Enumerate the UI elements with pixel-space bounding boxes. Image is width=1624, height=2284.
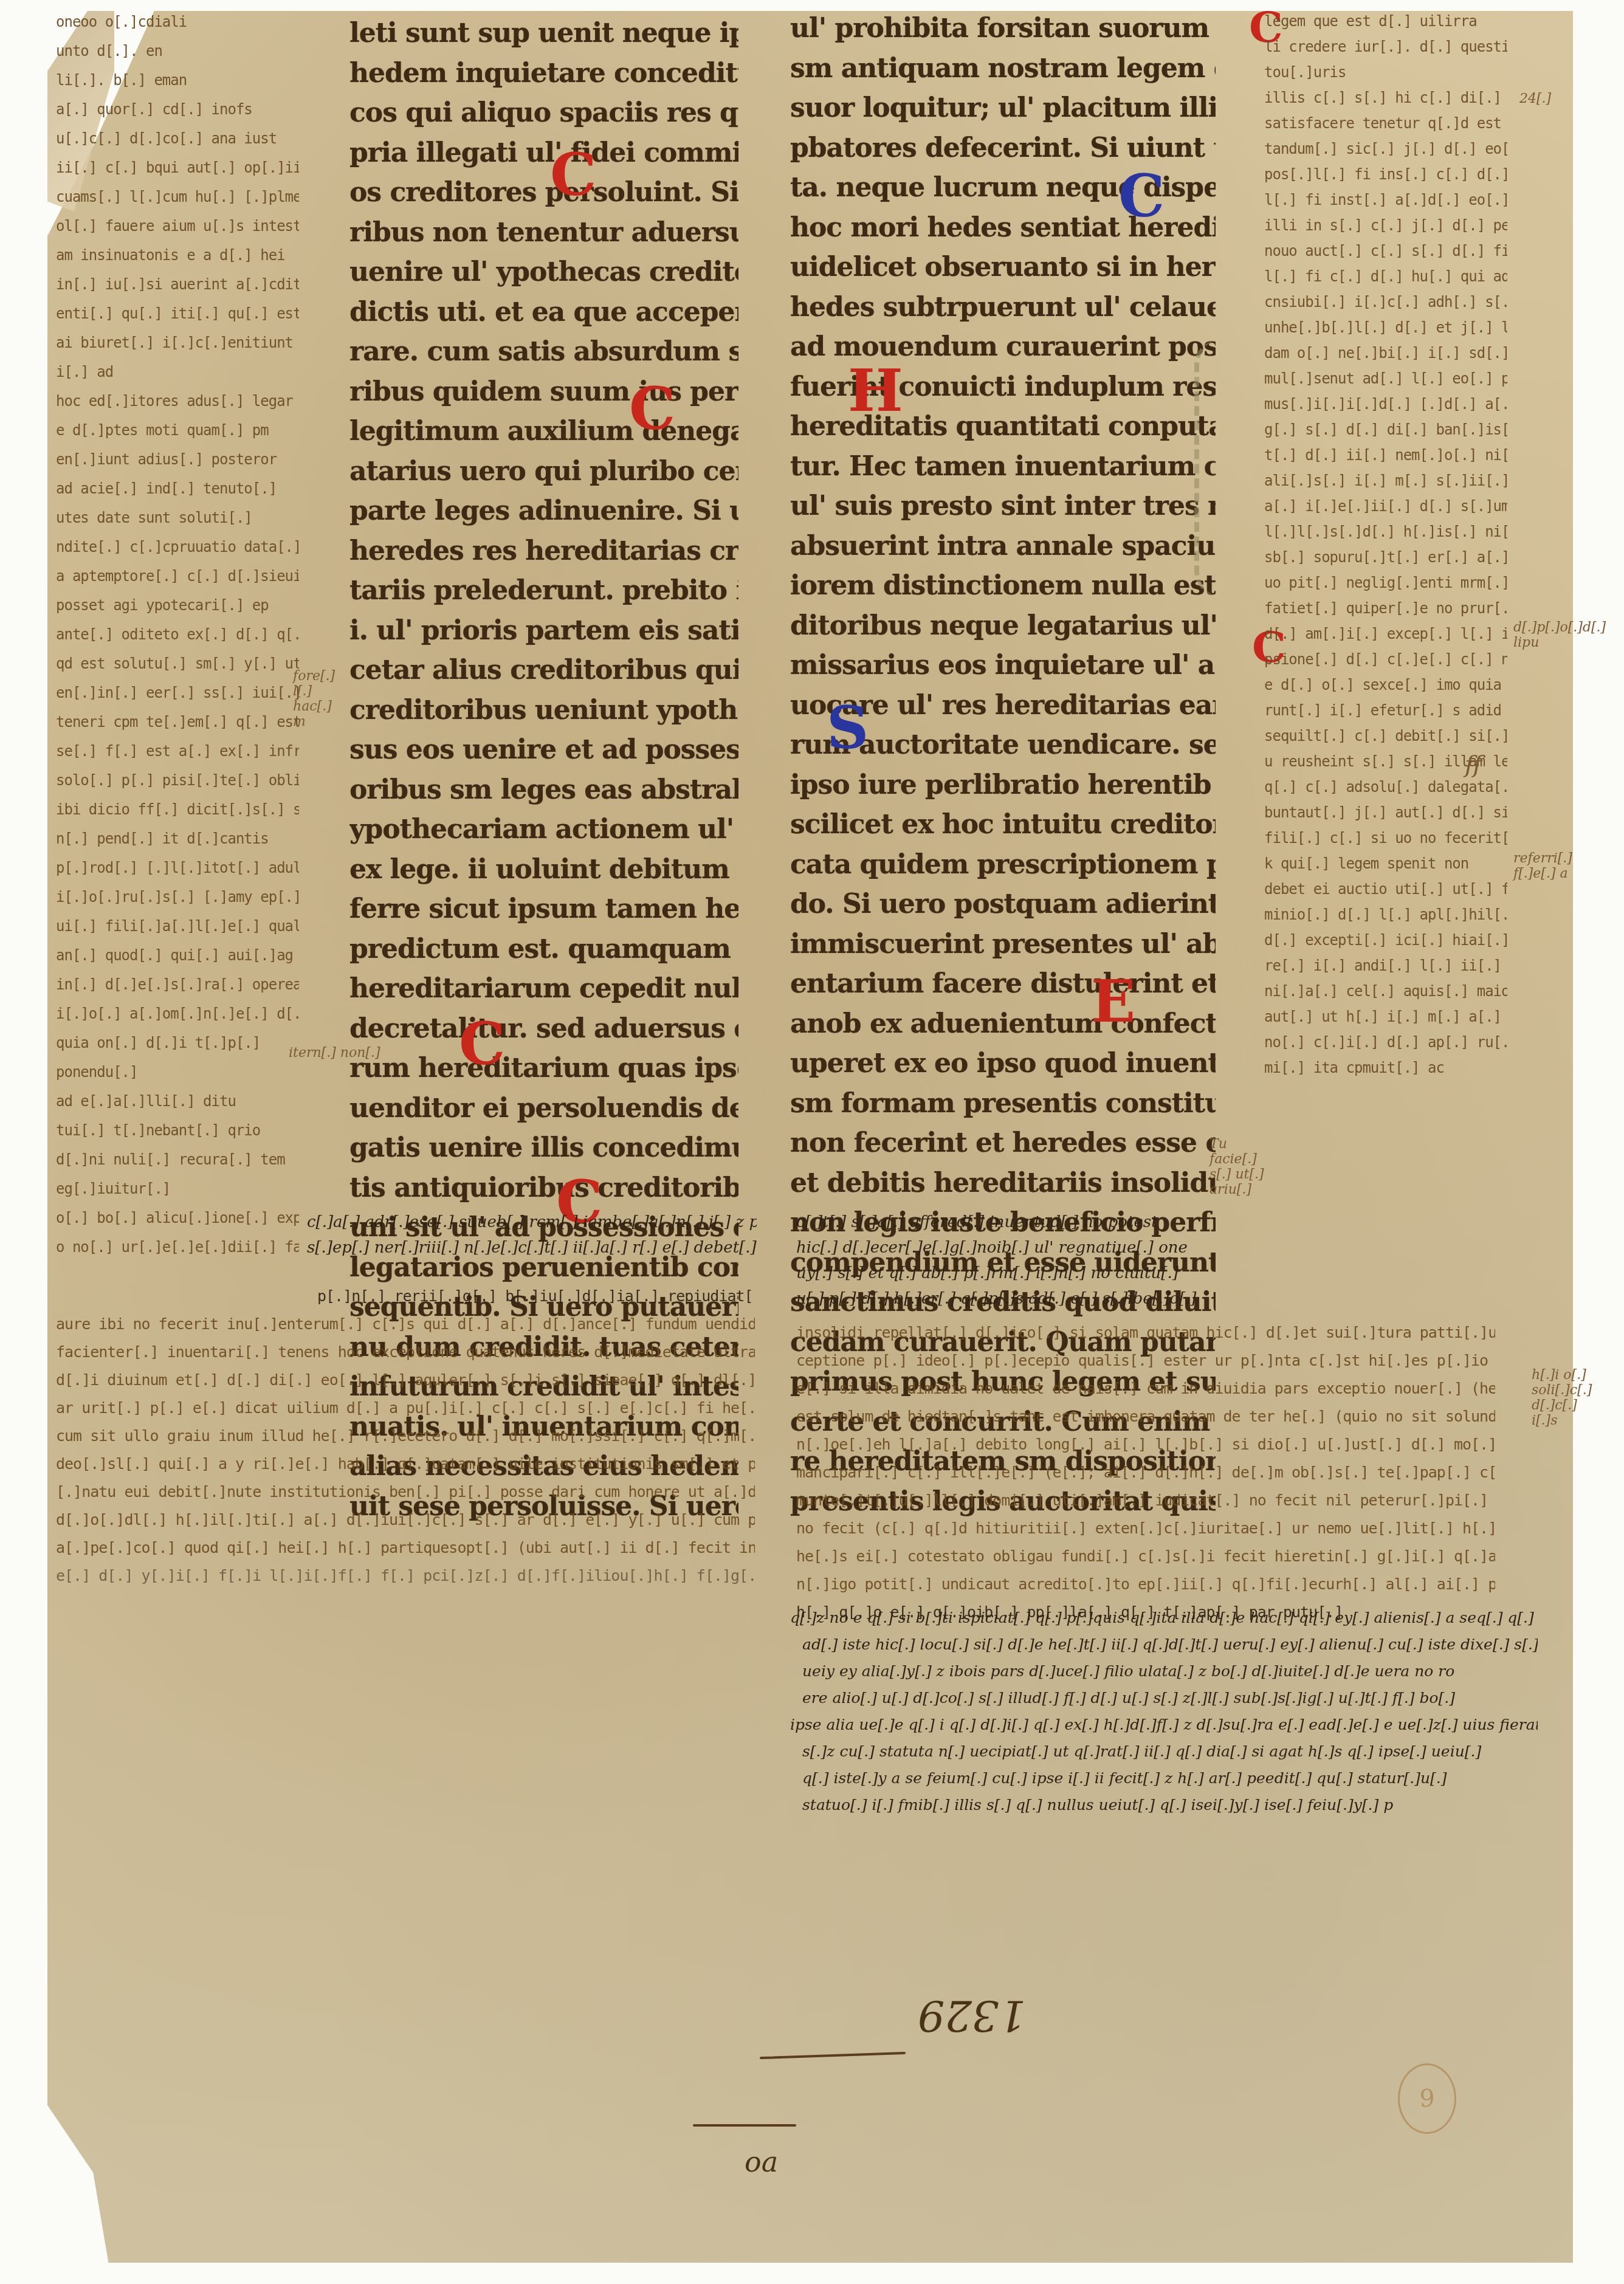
gloss-line: ante[.] oditeto ex[.] d[.] q[.] credir bbox=[56, 620, 299, 649]
gloss-line: debet ei auctio uti[.] ut[.] ff[.] de bbox=[1264, 876, 1507, 902]
text-line: legitimum auxilium denegari. leg bbox=[349, 411, 738, 452]
gloss-line: n[.]igo potit[.] undicaut acredito[.]to … bbox=[796, 1570, 1495, 1598]
gloss-line: en[.]iunt adius[.] posteror bbox=[56, 445, 299, 474]
text-line: cetar alius creditoribus qui erant prioi… bbox=[349, 650, 738, 690]
gloss-line: t[.] d[.] ii[.] nem[.]o[.] ni[.]e[.] gni… bbox=[1264, 442, 1507, 468]
gloss-line: li credere iur[.]. d[.] questi[.] l[.] d… bbox=[1264, 34, 1507, 60]
gloss-line: n[.] pend[.] it d[.]cantis bbox=[56, 824, 299, 853]
text-line: oribus sm leges eas abstrahere ul' p bbox=[349, 770, 738, 810]
gloss-line: fatiet[.] quiper[.]e no prur[.] bbox=[1264, 596, 1507, 621]
gloss-line: ceptione p[.] ideo[.] p[.]ecepio qualis[… bbox=[796, 1347, 1495, 1375]
gloss-line: dam o[.] ne[.]bi[.] i[.] sd[.] ad[.] ar[… bbox=[1264, 340, 1507, 366]
gloss-line: nouo auct[.] c[.] s[.] d[.] fi[.] insti[… bbox=[1264, 238, 1507, 264]
text-line: i. ul' prioris partem eis satis fecerunt bbox=[349, 611, 738, 651]
gloss-line: illis c[.] s[.] hi c[.] di[.] rs d[.] su… bbox=[1264, 85, 1507, 111]
gloss-line: insolidi repellat[.] d[.]ico[.] si solam… bbox=[796, 1319, 1495, 1347]
text-line: non fecerint et heredes esse omnimodo in… bbox=[790, 1123, 1216, 1163]
text-line: cos qui aliquo spaciis res quarum bbox=[349, 93, 738, 133]
signature-mark: oa bbox=[745, 2145, 778, 2178]
gloss-line: cuams[.] l[.]cum hu[.] [.]plme bbox=[56, 182, 299, 212]
gloss-line: sequilt[.] c[.] debit[.] si[.] ac[.] bbox=[1264, 723, 1507, 749]
text-line: rum hereditarium quas ipse uenditor bbox=[349, 1048, 738, 1089]
gloss-line: a[.]pe[.]co[.] quod qi[.] hei[.] h[.] pa… bbox=[56, 1534, 755, 1562]
gloss-line: ui[.] fili[.]a[.]l[.]e[.] qualis bbox=[56, 912, 299, 941]
note-line: s[.]z cu[.] statuta n[.] uecipiat[.] ut … bbox=[790, 1738, 1538, 1765]
text-line: ypothecariam actionem ul' per conditione… bbox=[349, 810, 738, 850]
text-line: predictum est. quamquam tacite rerum bbox=[349, 929, 738, 969]
text-line: leti sunt sup uenit neque ipm i bbox=[349, 13, 738, 53]
gloss-line: aure ibi no fecerit inu[.]enterum[.] c[.… bbox=[56, 1310, 755, 1338]
text-line: gatis uenire illis concedimus cum sa bbox=[349, 1128, 738, 1168]
margin-note: itern[.] non[.] bbox=[289, 1045, 380, 1061]
gloss-line: runt[.] i[.] efetur[.] s adid q[.] d[.] bbox=[1264, 698, 1507, 723]
gloss-line: posset agi ypotecari[.] ep bbox=[56, 591, 299, 620]
bottom-gloss-left: p[.]n[.] rerii[.]g[.] b[.]iu[.]d[.]ia[.]… bbox=[56, 1282, 755, 1590]
text-line: sus eos uenire et ad possessionib credit bbox=[349, 730, 738, 770]
text-line: hedes subtrpuerunt ul' celauerint ul' bbox=[790, 287, 1216, 328]
margin-note: referri[.] f[.]e[.] a bbox=[1513, 851, 1568, 881]
red-initial: H bbox=[848, 362, 903, 420]
margin-note: d[.]p[.]o[.]d[.] lipu bbox=[1513, 620, 1568, 650]
note-line: hic[.] d[.]ecer[.]e[.]g[.]noib[.] ul' re… bbox=[796, 1235, 1222, 1261]
blue-initial: S bbox=[827, 699, 869, 757]
gloss-line: ni[.]a[.] cel[.] aquis[.] maior[.] cm bbox=[1264, 979, 1507, 1004]
gloss-line: enti[.] qu[.] iti[.] qu[.] est solundo bbox=[56, 299, 299, 328]
gloss-line: hoc ed[.]itores adus[.] legar bbox=[56, 387, 299, 416]
gloss-line: k qui[.] legem spenit non bbox=[1264, 851, 1507, 876]
note-line: u[.] p[.] d[.] b[.]er[.] q[.]p[.]s ad[.]… bbox=[796, 1286, 1222, 1312]
gloss-line: i[.]o[.] a[.]om[.]n[.]e[.] d[.]u bbox=[56, 999, 299, 1028]
text-line: pria illegati ul' fidei commissi ul' ali bbox=[349, 133, 738, 173]
gloss-line: ol[.] fauere aium u[.]s intesto bbox=[56, 212, 299, 241]
text-line: anob ex aduenientum confectum esse bbox=[790, 1004, 1216, 1044]
gloss-line: ibi dicio ff[.] dicit[.]s[.] s[.]l[.] si… bbox=[56, 795, 299, 824]
text-line: rare. cum satis absurdum sit creditu bbox=[349, 332, 738, 372]
gloss-line: mancipari[.] c[.] ill[.]e[.] (e[.]; ai[.… bbox=[796, 1459, 1495, 1487]
red-initial: C bbox=[629, 380, 675, 438]
text-line: creditoribus ueniunt ypothecis adu bbox=[349, 690, 738, 731]
gloss-line: [.]natu eui debit[.]nute institutionis b… bbox=[56, 1478, 755, 1506]
margin-note: fore[.] l[.] hac[.] m bbox=[293, 669, 342, 729]
text-line: hedem inquietare conceditur nec bbox=[349, 53, 738, 94]
gloss-line: mi[.] ita cpmuit[.] ac bbox=[1264, 1055, 1507, 1081]
note-line: ipse alia ue[.]e q[.] i q[.] d[.]i[.] q[… bbox=[790, 1711, 1538, 1738]
text-line: scilicet ex hoc intuitu creditoribus her… bbox=[790, 805, 1216, 845]
text-line: os creditores persoluint. Si uero credit… bbox=[349, 173, 738, 213]
right-gloss: legem que est d[.] uilirra li credere iu… bbox=[1264, 9, 1507, 1081]
gloss-line: d[.] excepti[.] ici[.] hiai[.] l[.] i[.]… bbox=[1264, 927, 1507, 953]
gloss-line: unhe[.]b[.]l[.] d[.] et j[.] l[.] a[.] d… bbox=[1264, 315, 1507, 340]
gloss-line: in[.] d[.]e[.]s[.]ra[.] opereat bbox=[56, 970, 299, 999]
text-line: ex lege. ii uoluint debitum eis of bbox=[349, 850, 738, 890]
text-line: iorem distinctionem nulla est licentia n… bbox=[790, 566, 1216, 606]
text-line: immiscuerint presentes ul' absentes inu bbox=[790, 924, 1216, 965]
text-line: tis antiquioribus creditoribus anob puis bbox=[349, 1168, 738, 1208]
gloss-line: tui[.] t[.]nebant[.] qrio bbox=[56, 1116, 299, 1145]
note-line: uy[.] s[.] et q[.] ab[.] p[.]rm[.] i[.]n… bbox=[796, 1261, 1222, 1286]
gloss-line: ar urit[.] p[.] e[.] dicat uilium d[.] a… bbox=[56, 1394, 755, 1422]
text-line: absuerint intra annale spacium sm antr bbox=[790, 526, 1216, 566]
gloss-line: ponendu[.] bbox=[56, 1058, 299, 1087]
gloss-line: se[.] f[.] est a[.] ex[.] infra[.] edi[.… bbox=[56, 737, 299, 766]
gloss-line: p[.]rod[.] [.]l[.]itot[.] adulter[.] bbox=[56, 853, 299, 882]
gloss-line: no fecit (c[.] q[.]d hitiuritii[.] exten… bbox=[796, 1515, 1495, 1543]
gloss-line: e d[.] o[.] sexce[.] imo quia adie bbox=[1264, 672, 1507, 698]
gloss-line: ad acie[.] ind[.] tenuto[.] bbox=[56, 474, 299, 503]
gloss-line: u[.]c[.] d[.]co[.] ana iust bbox=[56, 124, 299, 153]
gloss-line: re[.] i[.] andi[.] l[.] ii[.] j[.] e[.] … bbox=[1264, 953, 1507, 979]
text-line: ribus non tenentur aduersus legatario bbox=[349, 213, 738, 253]
gloss-line: g[.] s[.] d[.] di[.] ban[.]is[.] ul[.] bbox=[1264, 417, 1507, 442]
text-line: ferre sicut ipsum tamen heredem sm quod … bbox=[349, 889, 738, 929]
gloss-line: no[.] c[.]i[.] d[.] ap[.] ru[.] nu[.] s[… bbox=[1264, 1030, 1507, 1055]
gloss-line: a[.] i[.]e[.]ii[.] d[.] s[.]ume[.] ui[.]… bbox=[1264, 494, 1507, 519]
note-line: c[.]t[.] s[.]q[.] gffered[.] inuentud[.]… bbox=[796, 1209, 1222, 1235]
interlinear-note-b: c[.]t[.] s[.]q[.] gffered[.] inuentud[.]… bbox=[796, 1209, 1222, 1312]
text-line: parte leges adinuenire. Si uero bbox=[349, 491, 738, 531]
gloss-line: d[.] am[.]i[.] excep[.] l[.] i[.] inst[.… bbox=[1264, 621, 1507, 647]
red-initial: C bbox=[550, 146, 596, 204]
gloss-line: utes date sunt soluti[.] bbox=[56, 503, 299, 532]
text-line: ditoribus neque legatarius ul' fidei com bbox=[790, 606, 1216, 646]
gloss-line: pos[.]l[.] fi ins[.] c[.] d[.] iur[.] eo… bbox=[1264, 162, 1507, 187]
gloss-line: ndite[.] c[.]cpruuatio data[.] bbox=[56, 532, 299, 562]
gloss-line: solo[.] p[.] pisi[.]te[.] obligat bbox=[56, 766, 299, 795]
gloss-line: a[.] quor[.] cd[.] inofs bbox=[56, 95, 299, 124]
gloss-line: en[.]in[.] eer[.] ss[.] iui[.] nesse[.] bbox=[56, 678, 299, 707]
flourish-stroke bbox=[693, 2124, 796, 2127]
gloss-line: l[.] fi c[.] d[.] hu[.] qui adeo[.] q[.]… bbox=[1264, 264, 1507, 289]
gloss-line: o no[.] ur[.]e[.]e[.]dii[.] fala[.] cum bbox=[56, 1233, 299, 1262]
gloss-line: cum sit ullo graiu inum illud he[.] r[.]… bbox=[56, 1422, 755, 1450]
gloss-line: i[.] ad bbox=[56, 357, 299, 387]
gloss-line: psione[.] d[.] c[.]e[.] c[.] nos sinnt k… bbox=[1264, 647, 1507, 672]
gloss-line: mul[.]senut ad[.] l[.] eo[.] p[.] bbox=[1264, 366, 1507, 391]
gloss-line: buntaut[.] j[.] aut[.] d[.] si ire[.] bbox=[1264, 800, 1507, 825]
text-line: uperet ex eo ipso quod inuentarium bbox=[790, 1044, 1216, 1084]
gloss-line: unto d[.]. en bbox=[56, 36, 299, 66]
gloss-line: qd est solutu[.] sm[.] y[.] ut bbox=[56, 649, 299, 678]
gloss-line: p[.]n[.] rerii[.]g[.] b[.]iu[.]d[.]ia[.]… bbox=[56, 1282, 755, 1310]
gloss-line: illi in s[.] c[.] j[.] d[.] pe[.] uid[.]… bbox=[1264, 213, 1507, 238]
note-line: q[.] iste[.]y a se feium[.] cu[.] ipse i… bbox=[790, 1765, 1538, 1792]
margin-note: h[.]i o[.] soli[.]c[.] d[.]c[.] i[.]s bbox=[1532, 1367, 1586, 1428]
text-line: tariis prelederunt. prebito insolut bbox=[349, 571, 738, 611]
gloss-line: mus[.]i[.]i[.]d[.] [.]d[.] a[.] sinu[.]s bbox=[1264, 391, 1507, 417]
gloss-line: legem que est d[.] uilirra bbox=[1264, 9, 1507, 34]
text-line: uidelicet obseruanto si in hereditate al… bbox=[790, 247, 1216, 287]
interlinear-note-a: c[.]a[.] adr[.]eso[.] suueb[.] rcm[.] ia… bbox=[307, 1209, 757, 1261]
text-line: ul' prohibita forsitan suorum hereditari… bbox=[790, 9, 1216, 49]
text-line: suor loquitur; ul' placitum illis sicut bbox=[790, 88, 1216, 128]
gloss-line: e[.] d[.] y[.]i[.] f[.]i l[.]i[.]f[.] f[… bbox=[56, 1562, 755, 1590]
gloss-line: facienter[.] inuentari[.] tenens hoc exc… bbox=[56, 1338, 755, 1366]
gloss-line: e[.] si illa dimidia no ualet de nais[.]… bbox=[796, 1375, 1495, 1403]
margin-note: 24[.] bbox=[1519, 91, 1551, 106]
circular-stamp: 9 bbox=[1398, 2063, 1456, 2134]
gloss-line: ad e[.]a[.]lli[.] ditu bbox=[56, 1087, 299, 1116]
text-line: heredes res hereditarias creditoribus he… bbox=[349, 531, 738, 571]
gloss-line: teneri cpm te[.]em[.] q[.] est bbox=[56, 707, 299, 737]
gloss-line: oneoo o[.]cdiali bbox=[56, 7, 299, 36]
gloss-line: l[.]l[.]s[.]d[.] h[.]is[.] ni[.] hi[.] p… bbox=[1264, 519, 1507, 545]
gloss-line: satisfacere tenetur q[.]d est no bbox=[1264, 111, 1507, 136]
text-line: uenire ul' ypothecas creditorib bbox=[349, 252, 738, 292]
note-line: c[.]a[.] adr[.]eso[.] suueb[.] rcm[.] ia… bbox=[307, 1209, 757, 1235]
text-line: sm antiquam nostram legem que categis su… bbox=[790, 49, 1216, 89]
gloss-line: in[.] iu[.]si auerint a[.]cditori bbox=[56, 270, 299, 299]
text-line: missarius eos inquietare ul' ad iudiciu bbox=[790, 645, 1216, 686]
margin-note: Tu facie[.] s[.] ut[.] ariu[.] bbox=[1209, 1137, 1276, 1197]
text-line: do. Si uero postquam adierint ul' sese bbox=[790, 884, 1216, 924]
text-line: decretalitur. sed aduersus emptores re bbox=[349, 1009, 738, 1049]
note-line: ere alio[.] u[.] d[.]co[.] s[.] illud[.]… bbox=[790, 1685, 1538, 1711]
folio-number: 1329 bbox=[918, 1990, 1026, 2040]
gloss-line: o[.] bo[.] alicu[.]ione[.] expuatur bbox=[56, 1203, 299, 1233]
gloss-line: tandum[.] sic[.] j[.] d[.] eo[.] auctum[… bbox=[1264, 136, 1507, 162]
gloss-line: d[.]ni nuli[.] recura[.] tem bbox=[56, 1145, 299, 1174]
text-line: et debitis hereditariis insolidum teneri bbox=[790, 1163, 1216, 1203]
red-initial: E bbox=[1091, 972, 1135, 1031]
gloss-line: minio[.] d[.] l[.] apl[.]hil[.] infra[.]… bbox=[1264, 902, 1507, 927]
text-line: atarius uero qui pluribo certant suis bbox=[349, 452, 738, 492]
gloss-line: d[.]o[.]dl[.] h[.]il[.]ti[.] a[.] d[.]iu… bbox=[56, 1506, 755, 1534]
margin-note: ff bbox=[1465, 751, 1482, 779]
gloss-line: deo[.]sl[.] qui[.] a y ri[.]e[.] hab[.] … bbox=[56, 1450, 755, 1478]
gloss-line: munte[.]t[.]u[.]ll[.] domi[.] uti[.]am[.… bbox=[796, 1487, 1495, 1515]
text-line: ipso iure perlibratio herentib concessum… bbox=[790, 765, 1216, 805]
gloss-line: he[.]s ei[.] cotestato obligau fundi[.] … bbox=[796, 1543, 1495, 1570]
note-line: ueiy ey alia[.]y[.] z ibois pars d[.]uce… bbox=[790, 1658, 1538, 1685]
gloss-line: est solum de hiedtan[.]s tanc est imhone… bbox=[796, 1403, 1495, 1431]
gloss-line: tou[.]uris bbox=[1264, 60, 1507, 85]
text-line: sm formam presentis constitutionis non bbox=[790, 1084, 1216, 1124]
gloss-line: uo pit[.] neglig[.]enti mrm[.] bbox=[1264, 570, 1507, 596]
left-gloss: oneoo o[.]cdiali unto d[.]. en li[.]. b[… bbox=[56, 7, 299, 1262]
gloss-line: eg[.]iuitur[.] bbox=[56, 1174, 299, 1203]
gloss-line: am insinuatonis e a d[.] hei bbox=[56, 241, 299, 270]
text-line: hereditariarum cepedit nulla actio bbox=[349, 969, 738, 1009]
gloss-line: a aptemptore[.] c[.] d[.]sieuin bbox=[56, 562, 299, 591]
gloss-line: ali[.]s[.] i[.] m[.] s[.]ii[.] in s[.] u… bbox=[1264, 468, 1507, 494]
gloss-line: i[.]o[.]ru[.]s[.] [.]amy ep[.] bbox=[56, 882, 299, 912]
gloss-line: li[.]. b[.] eman bbox=[56, 66, 299, 95]
text-line: cata quidem prescriptionem purudicio gen… bbox=[790, 845, 1216, 885]
manicule-drawing bbox=[1194, 340, 1242, 596]
red-initial: C bbox=[459, 1015, 505, 1073]
note-line: q[.]z no e q[.] si b[.]ti ispiciat[.] q[… bbox=[790, 1605, 1538, 1631]
bottom-notes-right: q[.]z no e q[.] si b[.]ti ispiciat[.] q[… bbox=[790, 1605, 1538, 1818]
text-line: entarium facere distulerint et datum bbox=[790, 964, 1216, 1004]
text-line: tur. Hec tamen inuentarium conscribit bbox=[790, 447, 1216, 487]
note-line: statuo[.] i[.] fmib[.] illis s[.] q[.] n… bbox=[790, 1792, 1538, 1818]
gloss-line: l[.] fi inst[.] a[.]d[.] eo[.] l[.] pro[… bbox=[1264, 187, 1507, 213]
gloss-line: an[.] quod[.] qui[.] aui[.]ag bbox=[56, 941, 299, 970]
note-line: ad[.] iste hic[.] locu[.] si[.] d[.]e he… bbox=[790, 1631, 1538, 1658]
gloss-line: fili[.] c[.] si uo no fecerit[.] (c[.]t[… bbox=[1264, 825, 1507, 851]
bottom-gloss-right: insolidi repellat[.] d[.]ico[.] si solam… bbox=[796, 1319, 1495, 1626]
gloss-line: ii[.] c[.] bqui aut[.] op[.]ii bbox=[56, 153, 299, 182]
text-line: dictis uti. et ea que acceperint recupe bbox=[349, 292, 738, 332]
blue-initial: C bbox=[1118, 167, 1165, 225]
gloss-line: aut[.] ut h[.] i[.] m[.] a[.] ca[.]m[.] … bbox=[1264, 1004, 1507, 1030]
gloss-line: n[.]oe[.]eh l[.]a[.] debito long[.] ai[.… bbox=[796, 1431, 1495, 1459]
gloss-line: d[.]i diuinum et[.] d[.] di[.] eo[.] l[.… bbox=[56, 1366, 755, 1394]
gloss-line: ai biuret[.] i[.]c[.]enitiunt bbox=[56, 328, 299, 357]
text-line: uenditor ei persoluendis debitis ul' le bbox=[349, 1089, 738, 1129]
gloss-line: quia on[.] d[.]i t[.]p[.] bbox=[56, 1028, 299, 1058]
note-line: s[.]ep[.] ner[.]riii[.] n[.]e[.]c[.]t[.]… bbox=[307, 1235, 757, 1261]
gloss-line: e d[.]ptes moti quam[.] pm bbox=[56, 416, 299, 445]
gloss-line: cnsiubi[.] i[.]c[.] adh[.] s[.] d[.] aut… bbox=[1264, 289, 1507, 315]
text-line: ribus quidem suum ius persequentib bbox=[349, 372, 738, 412]
text-line: ul' suis presto sint inter tres menses u… bbox=[790, 486, 1216, 526]
gloss-line: sb[.] sopuru[.]t[.] er[.] a[.] i[.]d[.] … bbox=[1264, 545, 1507, 570]
